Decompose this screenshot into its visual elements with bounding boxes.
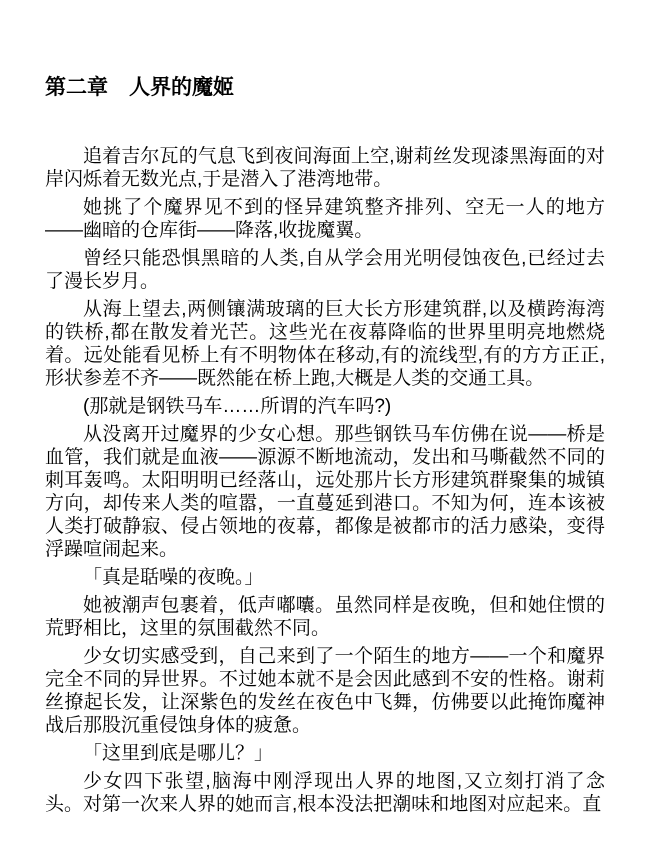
- paragraph: 从海上望去,两侧镶满玻璃的巨大长方形建筑群,以及横跨海湾的铁桥,都在散发着光芒。…: [45, 298, 605, 390]
- paragraph: 从没离开过魔界的少女心想。那些钢铁马车仿佛在说——桥是血管，我们就是血液——源源…: [45, 423, 605, 561]
- paragraph: 她被潮声包裹着，低声嘟囔。虽然同样是夜晚，但和她住惯的荒野相比，这里的氛围截然不…: [45, 594, 605, 640]
- paragraph: 她挑了个魔界见不到的怪异建筑整齐排列、空无一人的地方——幽暗的仓库街——降落,收…: [45, 196, 605, 242]
- chapter-body: 追着吉尔瓦的气息飞到夜间海面上空,谢莉丝发现漆黑海面的对岸闪烁着无数光点,于是潜…: [45, 145, 605, 816]
- document-page: 第二章 人界的魔姬 追着吉尔瓦的气息飞到夜间海面上空,谢莉丝发现漆黑海面的对岸闪…: [0, 0, 650, 850]
- paragraph: 追着吉尔瓦的气息飞到夜间海面上空,谢莉丝发现漆黑海面的对岸闪烁着无数光点,于是潜…: [45, 145, 605, 191]
- chapter-title: 第二章 人界的魔姬: [45, 76, 605, 100]
- paragraph: (那就是钢铁马车……所谓的汽车吗?): [45, 395, 605, 418]
- paragraph: 「真是聒噪的夜晚。」: [45, 566, 605, 589]
- paragraph: 「这里到底是哪儿？」: [45, 742, 605, 765]
- paragraph: 少女切实感受到，自己来到了一个陌生的地方——一个和魔界完全不同的异世界。不过她本…: [45, 645, 605, 737]
- paragraph: 少女四下张望,脑海中刚浮现出人界的地图,又立刻打消了念头。对第一次来人界的她而言…: [45, 770, 605, 816]
- paragraph: 曾经只能恐惧黑暗的人类,自从学会用光明侵蚀夜色,已经过去了漫长岁月。: [45, 247, 605, 293]
